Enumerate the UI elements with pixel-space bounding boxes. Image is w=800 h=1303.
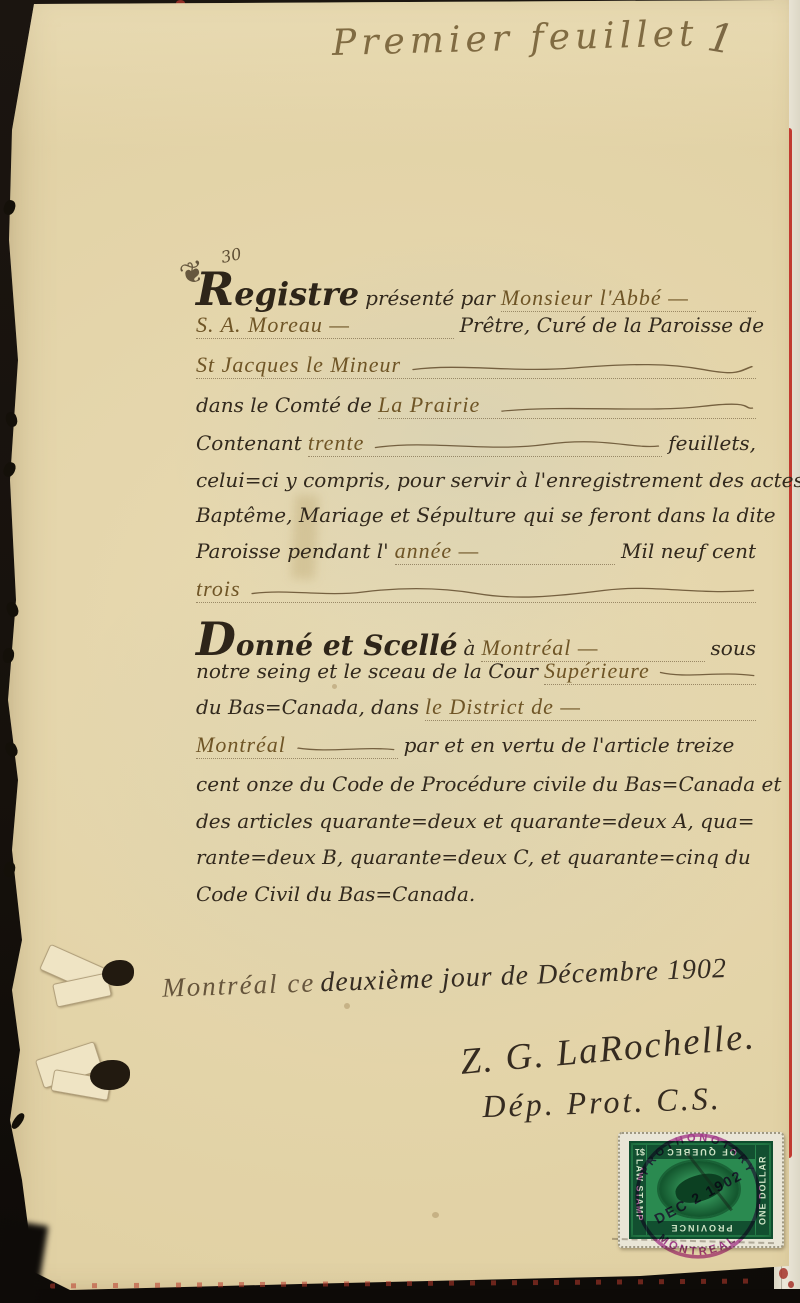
cancel-date: DEC 2 1902 (652, 1168, 746, 1228)
dateline-place: Montréal ce (162, 967, 316, 1002)
printed-text: feuillets, (668, 431, 756, 455)
fill-rule: année — (395, 538, 615, 565)
foxing-spot (432, 1212, 439, 1218)
handwritten-entry: trente (308, 430, 365, 456)
handwritten-entry: Supérieure (544, 658, 650, 684)
form-line: Paroisse pendant l' année — Mil neuf cen… (196, 538, 756, 565)
pen-flourish (372, 438, 662, 454)
handwritten-entry: S. A. Moreau — (196, 312, 350, 338)
form-line: du Bas=Canada, dans le District de — (196, 694, 756, 721)
form-line: ❦Registre présenté par Monsieur l'Abbé — (196, 262, 756, 316)
printed-text: sous (711, 636, 756, 660)
red-edge-stain (779, 1268, 788, 1279)
handwritten-entry: St Jacques le Mineur (196, 352, 401, 378)
printed-text: par et en vertu de l'article treize (404, 733, 735, 757)
form-line: Contenant trente feuillets, (196, 430, 756, 457)
fill-rule: Monsieur l'Abbé — (501, 285, 756, 312)
handwritten-entry: Monsieur l'Abbé — (501, 285, 689, 311)
cancel-ring-bottom-text: MONTREAL (656, 1232, 740, 1258)
form-line: Code Civil du Bas=Canada. (196, 882, 756, 906)
printed-text: notre seing et le sceau de la Cour (196, 659, 538, 683)
form-line: notre seing et le sceau de la Cour Supér… (196, 658, 756, 685)
fill-rule: Supérieure (544, 658, 756, 685)
form-line: dans le Comté de La Prairie (196, 392, 756, 419)
printed-text: à (464, 636, 476, 660)
fill-rule: Montréal (196, 732, 398, 759)
handwritten-entry: trois (196, 576, 241, 602)
cancellation-stamp: PROTHONOTARY MONTREAL DEC 2 1902 (627, 1125, 769, 1267)
form-line: trois (196, 576, 756, 603)
printed-text: celui=ci y compris, pour servir à l'enre… (196, 468, 800, 492)
handwritten-entry: le District de — (425, 694, 581, 720)
form-line: St Jacques le Mineur (196, 352, 756, 379)
printed-text: Mil neuf cent (621, 539, 756, 563)
printed-text: Prêtre, Curé de la Paroisse de (460, 313, 764, 337)
fill-rule: St Jacques le Mineur (196, 352, 756, 379)
pen-flourish (658, 666, 756, 682)
handwritten-entry: La Prairie (378, 392, 480, 418)
form-line: cent onze du Code de Procédure civile du… (196, 772, 756, 796)
form-line: S. A. Moreau — Prêtre, Curé de la Parois… (196, 312, 756, 339)
printed-text: du Bas=Canada, dans (196, 695, 419, 719)
printed-text: cent onze du Code de Procédure civile du… (196, 772, 781, 796)
form-line: celui=ci y compris, pour servir à l'enre… (196, 468, 756, 492)
handwritten-entry: Montréal (196, 732, 286, 758)
form-line: rante=deux B, quarante=deux C, et quaran… (196, 845, 756, 869)
dark-background-surface (0, 1289, 800, 1303)
printed-text: rante=deux B, quarante=deux C, et quaran… (196, 845, 751, 869)
red-edge-stain (788, 1281, 794, 1288)
printed-text: Baptême, Mariage et Sépulture qui se fer… (196, 503, 776, 527)
form-line: Montréal par et en vertu de l'article tr… (196, 732, 756, 759)
fill-rule: trois (196, 576, 756, 603)
fill-rule: trente (308, 430, 662, 457)
pen-flourish (249, 584, 756, 600)
torn-edge-notch (2, 861, 17, 878)
printed-text: dans le Comté de (196, 393, 372, 417)
torn-binding-hole (40, 938, 155, 1018)
printed-text: des articles quarante=deux et quarante=d… (196, 809, 755, 833)
form-line: des articles quarante=deux et quarante=d… (196, 809, 756, 833)
svg-text:MONTREAL: MONTREAL (656, 1232, 740, 1258)
printed-text: présenté par (365, 286, 495, 310)
fill-rule: La Prairie (378, 392, 756, 419)
printed-text: Code Civil du Bas=Canada. (196, 882, 475, 906)
pen-flourish (409, 360, 756, 376)
ornate-word: Registre (196, 262, 359, 316)
handwritten-entry: année — (395, 538, 480, 564)
fill-rule: le District de — (425, 694, 756, 721)
pen-flourish (294, 740, 398, 756)
fill-rule: S. A. Moreau — (196, 312, 454, 339)
torn-binding-hole (32, 1028, 152, 1114)
pen-flourish (488, 400, 756, 416)
printed-text: Paroisse pendant l' (196, 539, 389, 563)
form-line: Baptême, Mariage et Sépulture qui se fer… (196, 503, 756, 527)
printed-text: Contenant (196, 431, 302, 455)
register-book-photo: Premier feuillet 1 30 ❦Registre présenté… (0, 0, 800, 1303)
foxing-spot (344, 1003, 350, 1009)
